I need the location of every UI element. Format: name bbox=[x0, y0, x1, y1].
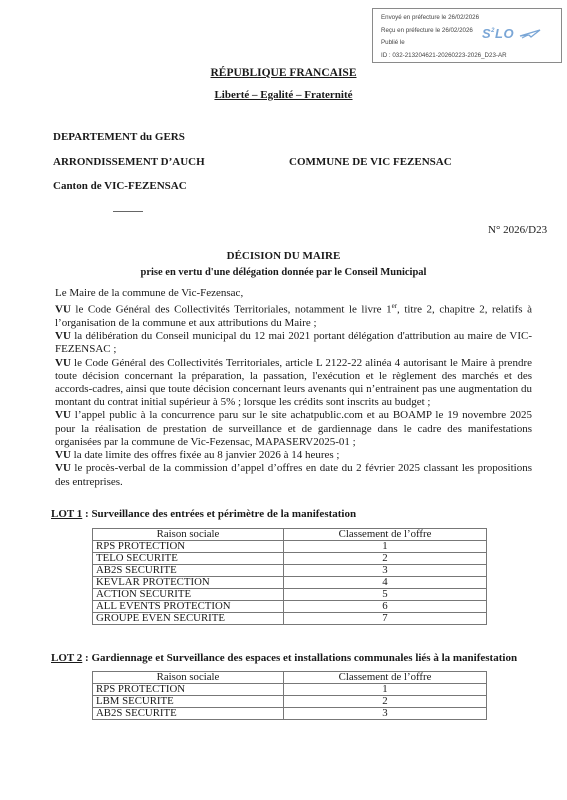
s2lo-logo: S2LO bbox=[482, 26, 514, 41]
rank-cell: 7 bbox=[284, 613, 487, 625]
stamp-id: ID : 032-213204621-20260223-2026_D23-AR bbox=[381, 52, 507, 59]
vu-clause-6: VU le procès-verbal de la commission d’a… bbox=[55, 462, 532, 488]
stamp-received: Reçu en préfecture le 26/02/2026 bbox=[381, 27, 473, 34]
decision-title: DÉCISION DU MAIRE bbox=[0, 250, 567, 262]
table-header-row: Raison sociale Classement de l’offre bbox=[93, 672, 487, 684]
canton: Canton de VIC-FEZENSAC bbox=[53, 180, 187, 192]
company-name-cell: GROUPE EVEN SECURITE bbox=[93, 613, 284, 625]
arrondissement: ARRONDISSEMENT D’AUCH bbox=[53, 156, 205, 168]
lot2-title: LOT 2 : Gardiennage et Surveillance des … bbox=[51, 652, 517, 664]
intro-line: Le Maire de la commune de Vic-Fezensac, bbox=[55, 287, 532, 300]
rank-cell: 3 bbox=[284, 708, 487, 720]
rank-cell: 2 bbox=[284, 553, 487, 565]
table-row: GROUPE EVEN SECURITE7 bbox=[93, 613, 487, 625]
lot1-title: LOT 1 : Surveillance des entrées et péri… bbox=[51, 508, 356, 520]
rank-cell: 3 bbox=[284, 565, 487, 577]
paper-plane-icon bbox=[519, 29, 541, 39]
decision-body: Le Maire de la commune de Vic-Fezensac, … bbox=[55, 287, 532, 489]
company-name-cell: RPS PROTECTION bbox=[93, 541, 284, 553]
vu-clause-2: VU la délibération du Conseil municipal … bbox=[55, 330, 532, 356]
company-name-cell: LBM SECURITE bbox=[93, 696, 284, 708]
column-header: Classement de l’offre bbox=[284, 529, 487, 541]
rank-cell: 1 bbox=[284, 541, 487, 553]
company-name-cell: AB2S SECURITE bbox=[93, 708, 284, 720]
rank-cell: 6 bbox=[284, 601, 487, 613]
rank-cell: 5 bbox=[284, 589, 487, 601]
lot2-ranking-table: Raison sociale Classement de l’offre RPS… bbox=[92, 671, 487, 720]
vu-clause-3: VU le Code Général des Collectivités Ter… bbox=[55, 357, 532, 410]
company-name-cell: TELO SECURITE bbox=[93, 553, 284, 565]
company-name-cell: AB2S SECURITE bbox=[93, 565, 284, 577]
republic-heading: RÉPUBLIQUE FRANCAISE bbox=[0, 67, 567, 79]
vu-clause-1: VU le Code Général des Collectivités Ter… bbox=[55, 300, 532, 330]
table-row: ALL EVENTS PROTECTION6 bbox=[93, 601, 487, 613]
column-header: Raison sociale bbox=[93, 672, 284, 684]
rank-cell: 1 bbox=[284, 684, 487, 696]
column-header: Raison sociale bbox=[93, 529, 284, 541]
column-header: Classement de l’offre bbox=[284, 672, 487, 684]
table-row: ACTION SECURITE5 bbox=[93, 589, 487, 601]
stamp-published: Publié le bbox=[381, 39, 405, 46]
motto: Liberté – Egalité – Fraternité bbox=[0, 89, 567, 101]
company-name-cell: KEVLAR PROTECTION bbox=[93, 577, 284, 589]
table-row: KEVLAR PROTECTION4 bbox=[93, 577, 487, 589]
table-row: RPS PROTECTION1 bbox=[93, 684, 487, 696]
separator-line bbox=[113, 211, 143, 212]
table-row: TELO SECURITE2 bbox=[93, 553, 487, 565]
commune: COMMUNE DE VIC FEZENSAC bbox=[289, 156, 452, 168]
table-header-row: Raison sociale Classement de l’offre bbox=[93, 529, 487, 541]
table-row: AB2S SECURITE3 bbox=[93, 708, 487, 720]
table-row: AB2S SECURITE3 bbox=[93, 565, 487, 577]
rank-cell: 2 bbox=[284, 696, 487, 708]
lot1-ranking-table: Raison sociale Classement de l’offre RPS… bbox=[92, 528, 487, 625]
stamp-sent: Envoyé en préfecture le 26/02/2026 bbox=[381, 14, 479, 21]
decision-number: N° 2026/D23 bbox=[488, 224, 547, 236]
company-name-cell: RPS PROTECTION bbox=[93, 684, 284, 696]
vu-clause-5: VU la date limite des offres fixée au 8 … bbox=[55, 449, 532, 462]
vu-clause-4: VU l’appel public à la concurrence paru … bbox=[55, 409, 532, 449]
prefecture-stamp: Envoyé en préfecture le 26/02/2026 Reçu … bbox=[372, 8, 562, 63]
company-name-cell: ACTION SECURITE bbox=[93, 589, 284, 601]
decision-subtitle: prise en vertu d'une délégation donnée p… bbox=[0, 267, 567, 278]
department: DEPARTEMENT du GERS bbox=[53, 131, 185, 143]
table-row: RPS PROTECTION1 bbox=[93, 541, 487, 553]
rank-cell: 4 bbox=[284, 577, 487, 589]
table-row: LBM SECURITE2 bbox=[93, 696, 487, 708]
company-name-cell: ALL EVENTS PROTECTION bbox=[93, 601, 284, 613]
